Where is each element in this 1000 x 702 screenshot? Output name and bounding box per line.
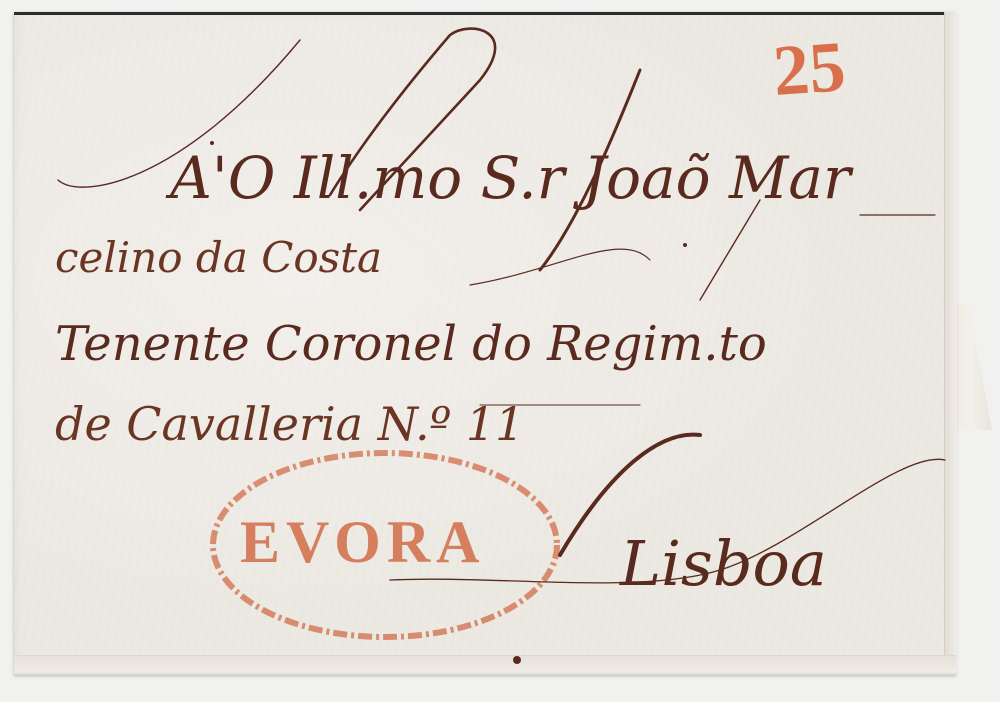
evora-postmark: EVORA <box>213 453 557 637</box>
address-line-3: Tenente Coronel do Regim.to <box>55 316 767 372</box>
address-line-4: de Cavalleria N.º 11 <box>55 397 524 451</box>
address-line-5: Lisboa <box>619 527 827 600</box>
letter-photo: 25 EVORA A'O Ill.mo S.r Joaõ Mar celino … <box>0 0 1000 702</box>
ink-overlay: 25 EVORA A'O Ill.mo S.r Joaõ Mar celino … <box>0 0 1000 702</box>
address-line-2: celino da Costa <box>55 233 382 282</box>
rate-mark-text: 25 <box>771 26 848 111</box>
pen-flourishes <box>58 29 945 583</box>
rate-mark: 25 <box>771 26 848 111</box>
address-line-1: A'O Ill.mo S.r Joaõ Mar <box>165 144 854 212</box>
postmark-text: EVORA <box>240 509 485 575</box>
